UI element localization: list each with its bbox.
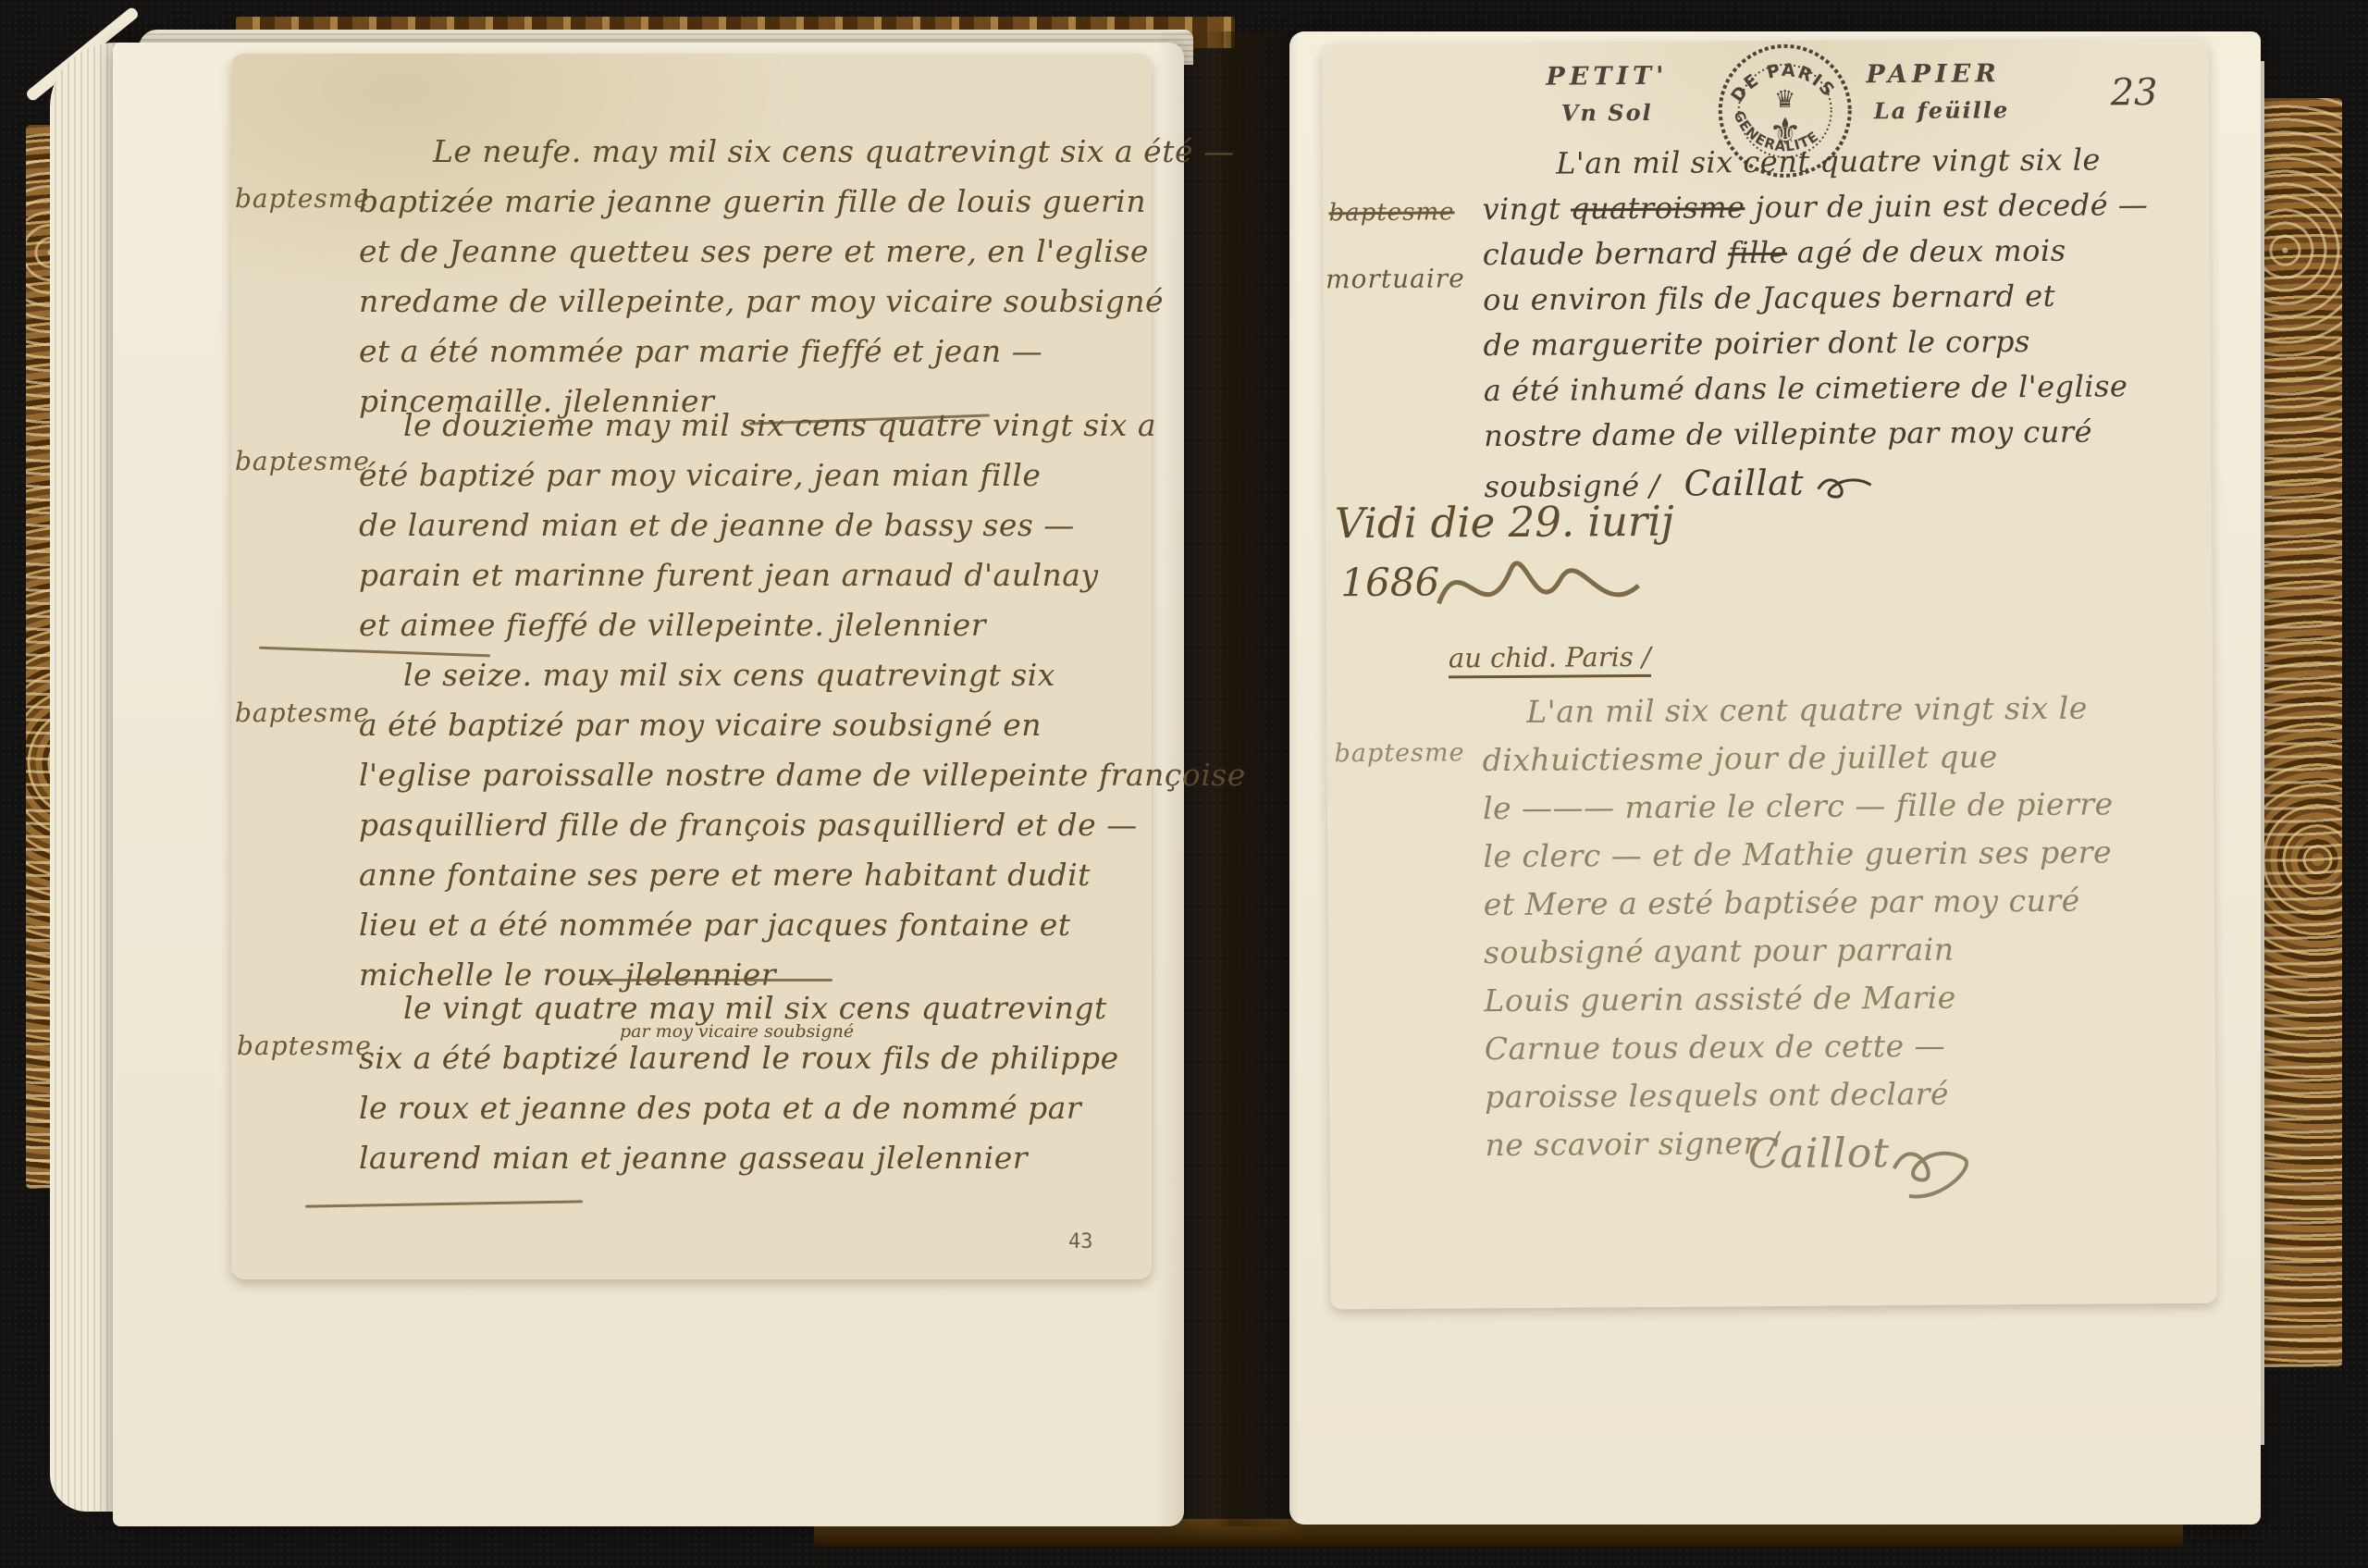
record-line: claude bernard fille agé de deux mois: [1483, 232, 2195, 282]
record-line: soubsigné ayant pour parrain: [1484, 930, 2205, 982]
manuscript-book-scan: baptesme baptesme baptesme baptesme Le n…: [0, 0, 2368, 1568]
burial-record: L'an mil six cent quatre vingt six le vi…: [1482, 142, 2197, 509]
record-line: paroisse lesquels ont declaré: [1485, 1074, 2206, 1127]
baptism-record-2: le douzieme may mil six cens quatre ving…: [359, 407, 1145, 657]
priest-signature: Caillot: [1747, 1130, 1890, 1178]
record-line: dixhuictiesme jour de juillet que: [1483, 737, 2204, 790]
page-number: 23: [2110, 71, 2157, 114]
record-line: ou environ fils de Jacques bernard et: [1483, 278, 2195, 327]
margin-annotation: baptesme: [235, 446, 370, 476]
record-line: L'an mil six cent quatre vingt six le: [1482, 142, 2194, 191]
tax-stamp-text-petit: PETIT': [1546, 62, 1668, 92]
record-line: de laurend mian et de jeanne de bassy se…: [359, 507, 1145, 557]
record-line: L'an mil six cent quatre vingt six le: [1482, 689, 2203, 742]
record-line: l'eglise paroissalle nostre dame de vill…: [359, 757, 1145, 807]
ink-stroke: [305, 1200, 583, 1207]
record-line: Louis guerin assisté de Marie: [1484, 978, 2205, 1031]
record-line: laurend mian et jeanne gasseau jlelennie…: [359, 1140, 1145, 1190]
record-line: a été inhumé dans le cimetiere de l'egli…: [1484, 368, 2196, 418]
record-line: été baptizé par moy vicaire, jean mian f…: [359, 457, 1145, 507]
tax-stamp-text-lafeuille: La feüille: [1874, 96, 2010, 124]
record-line: le ——— marie le clerc — fille de pierre: [1483, 785, 2204, 838]
signature-paraphe-icon: [1886, 1121, 1979, 1205]
baptism-record-faint: L'an mil six cent quatre vingt six le di…: [1482, 689, 2207, 1175]
margin-annotation: baptesme: [235, 698, 370, 728]
interlinear-insertion: par moy vicaire soubsigné: [620, 1021, 854, 1042]
record-line: de marguerite poirier dont le corps: [1483, 323, 2195, 373]
baptism-record-3: le seize. may mil six cens quatrevingt s…: [359, 657, 1145, 1006]
baptism-record-1: Le neufe. may mil six cens quatrevingt s…: [359, 133, 1145, 433]
margin-annotation-struck: baptesme: [1328, 198, 1454, 227]
record-line: le seize. may mil six cens quatrevingt s…: [359, 657, 1145, 707]
record-line: baptizée marie jeanne guerin fille de lo…: [359, 183, 1145, 233]
record-line: pasquillierd fille de françois pasquilli…: [359, 807, 1145, 857]
priest-signature: Caillat: [1683, 463, 1804, 504]
record-line: a été baptizé par moy vicaire soubsigné …: [359, 707, 1145, 757]
margin-annotation: baptesme: [235, 183, 370, 214]
archdeacon-note: au chid. Paris /: [1449, 641, 1651, 679]
vidi-year: 1686: [1340, 559, 1439, 605]
margin-annotation: baptesme: [237, 1031, 372, 1061]
crown-icon: ♛: [1774, 86, 1796, 114]
margin-annotation: baptesme: [1334, 738, 1464, 768]
record-line: Le neufe. may mil six cens quatrevingt s…: [359, 133, 1145, 183]
record-line: et a été nommée par marie fieffé et jean…: [359, 333, 1145, 383]
folio-number-note: 43: [1068, 1230, 1093, 1253]
record-line: le roux et jeanne des pota et a de nommé…: [359, 1090, 1145, 1140]
record-line: et de Jeanne quetteu ses pere et mere, e…: [359, 233, 1145, 283]
baptism-record-4: le vingt quatre may mil six cens quatrev…: [359, 990, 1145, 1190]
record-line: et Mere a esté baptisée par moy curé: [1484, 882, 2205, 934]
record-line: parain et marinne furent jean arnaud d'a…: [359, 557, 1145, 607]
record-line: et aimee fieffé de villepeinte. jlelenni…: [359, 607, 1145, 657]
record-line: anne fontaine ses pere et mere habitant …: [359, 857, 1145, 907]
record-line: le clerc — et de Mathie guerin ses pere: [1483, 833, 2204, 886]
record-line: nostre dame de villepinte par moy curé: [1484, 414, 2196, 463]
margin-annotation: mortuaire: [1326, 263, 1465, 294]
record-line: Carnue tous deux de cette —: [1485, 1026, 2206, 1079]
record-line: six a été baptizé laurend le roux fils d…: [359, 1040, 1145, 1090]
record-line: vingt quatroisme jour de juin est decedé…: [1482, 187, 2194, 237]
tax-stamp-text-papier: PAPIER: [1866, 59, 2000, 89]
manuscript-leaf-right: PETIT' Vn Sol DE PARIS GENERALITE ♛ ⚜ PA…: [1322, 38, 2217, 1310]
official-signature-scrawl-icon: [1433, 537, 1646, 632]
ink-stroke: [592, 979, 832, 982]
marbled-edge-right: [2261, 98, 2342, 1367]
record-line: le douzieme may mil six cens quatre ving…: [359, 407, 1145, 457]
record-line: lieu et a été nommée par jacques fontain…: [359, 907, 1145, 957]
signature-paraphe-icon: [1814, 461, 1879, 501]
tax-stamp-text-unsol: Vn Sol: [1561, 99, 1653, 127]
manuscript-leaf-left: baptesme baptesme baptesme baptesme Le n…: [231, 54, 1152, 1279]
record-line: nredame de villepeinte, par moy vicaire …: [359, 283, 1145, 333]
